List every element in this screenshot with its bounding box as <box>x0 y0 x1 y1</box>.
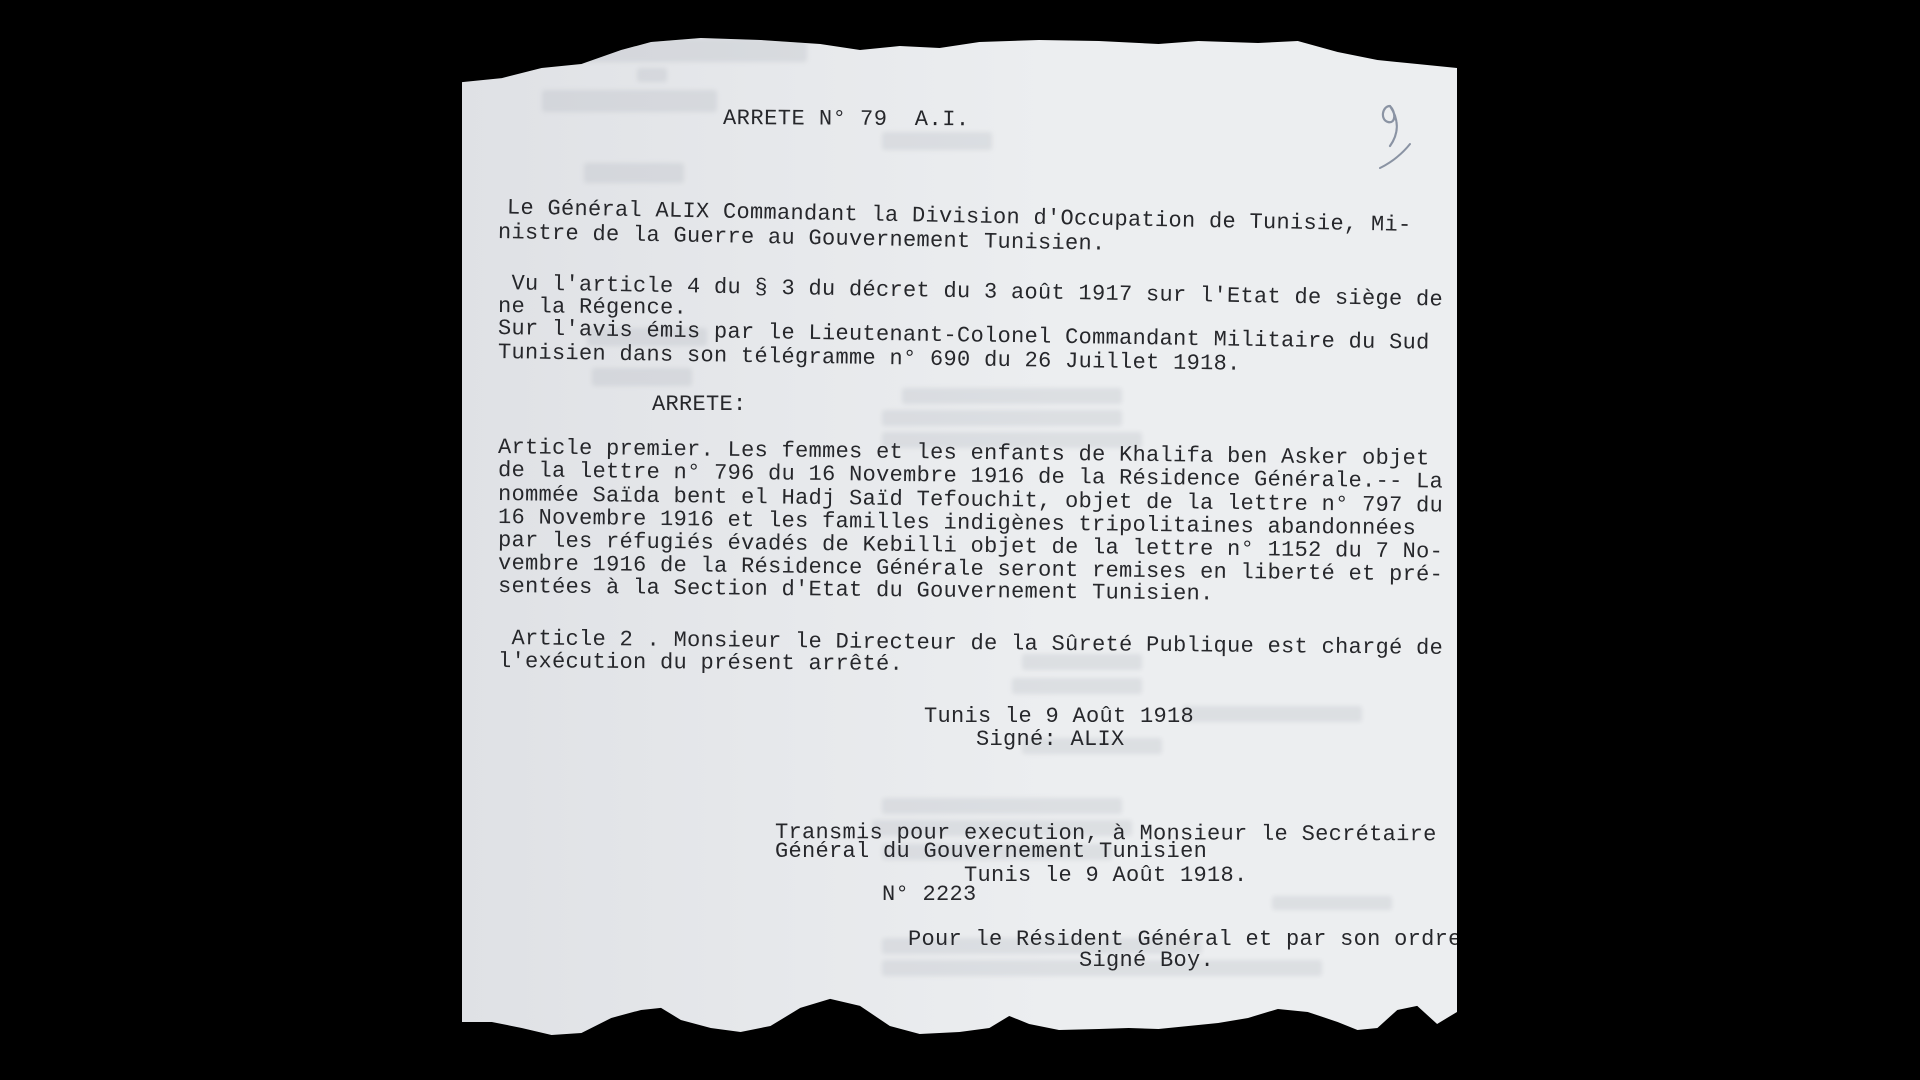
article-2-line: l'exécution du présent arrêté. <box>498 650 903 677</box>
torn-document-page: 9 ARRETE N° 79 A.I. Le Général ALIX Comm… <box>462 38 1457 1040</box>
black-backdrop: 9 ARRETE N° 79 A.I. Le Général ALIX Comm… <box>0 0 1920 1080</box>
bleed-through-mark <box>542 90 717 112</box>
bleed-through-mark <box>1182 706 1362 722</box>
article-1-line: sentées à la Section d'Etat du Gouvernem… <box>498 575 1214 606</box>
bleed-through-mark <box>547 38 807 62</box>
transmission-place-date: Tunis le 9 Août 1918. <box>964 864 1248 888</box>
transmission-signed: Signé Boy. <box>1079 949 1214 973</box>
transmission-number: N° 2223 <box>882 883 977 907</box>
decree-heading: ARRETE: <box>652 393 747 417</box>
bleed-through-mark <box>584 163 684 183</box>
bleed-through-mark <box>637 68 667 82</box>
bleed-through-mark <box>902 388 1122 404</box>
bleed-through-mark <box>882 410 1122 426</box>
bleed-through-mark <box>592 368 692 386</box>
bleed-through-mark <box>1012 678 1142 694</box>
document-title: ARRETE N° 79 A.I. <box>723 107 970 132</box>
bleed-through-mark <box>1272 896 1392 910</box>
bleed-through-mark <box>882 132 992 150</box>
signature-place-date: Tunis le 9 Août 1918 <box>924 705 1194 729</box>
signature-signed: Signé: ALIX <box>976 728 1125 752</box>
handwritten-page-number-icon: 9 <box>1368 98 1428 178</box>
transmission-line: Général du Gouvernement Tunisien <box>775 840 1207 864</box>
bleed-through-mark <box>882 798 1122 814</box>
